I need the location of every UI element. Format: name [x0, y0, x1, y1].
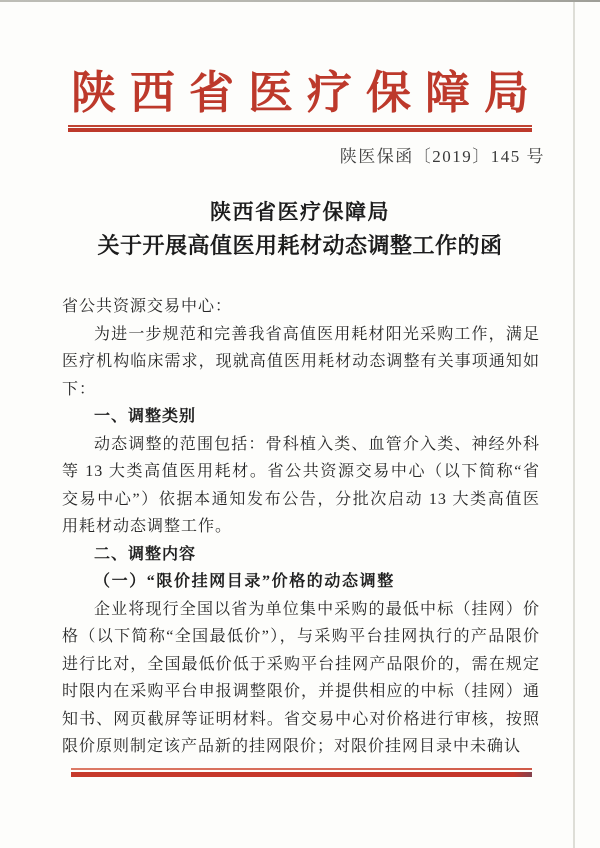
scan-top-edge-artifact [0, 0, 600, 2]
scan-right-edge-artifact [573, 2, 575, 848]
letter-body: 省公共资源交易中心： 为进一步规范和完善我省高值医用耗材阳光采购工作，满足医疗机… [62, 293, 540, 761]
paragraph-intro: 为进一步规范和完善我省高值医用耗材阳光采购工作，满足医疗机构临床需求，现就高值医… [62, 321, 540, 404]
salutation: 省公共资源交易中心： [62, 293, 540, 321]
document-title-line2: 关于开展高值医用耗材动态调整工作的函 [0, 229, 600, 263]
letterhead-double-rule [68, 125, 532, 132]
bottom-rule-thick [71, 772, 532, 777]
document-page: 陕西省医疗保障局 陕医保函〔2019〕145 号 陕西省医疗保障局 关于开展高值… [0, 0, 600, 848]
document-title: 陕西省医疗保障局 关于开展高值医用耗材动态调整工作的函 [0, 196, 600, 263]
paragraph-adjust-scope: 动态调整的范围包括：骨科植入类、血管介入类、神经外科等 13 大类高值医用耗材。… [62, 431, 540, 541]
section-heading-1: 一、调整类别 [62, 403, 540, 431]
letterhead-agency-name: 陕西省医疗保障局 [0, 68, 600, 118]
subsection-heading-1: （一）“限价挂网目录”价格的动态调整 [62, 568, 540, 596]
document-number: 陕医保函〔2019〕145 号 [0, 146, 600, 168]
page-bottom-red-rule [71, 768, 532, 777]
paragraph-price-adjust: 企业将现行全国以省为单位集中采购的最低中标（挂网）价格（以下简称“全国最低价”）… [62, 596, 540, 761]
document-title-line1: 陕西省医疗保障局 [0, 196, 600, 229]
letterhead-rule-thick [68, 128, 532, 132]
section-heading-2: 二、调整内容 [62, 541, 540, 569]
